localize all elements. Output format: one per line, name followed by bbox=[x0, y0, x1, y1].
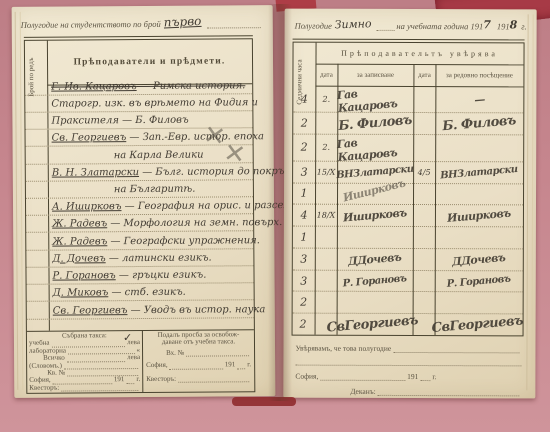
lecturer-name: Св. Георгиевъ bbox=[53, 305, 128, 317]
date-column-header: дата bbox=[413, 64, 435, 86]
semester-label: Полугодие bbox=[295, 21, 332, 31]
lecturer-certifies-header: Прѣподавательтъ увѣрява bbox=[315, 43, 523, 66]
fees-column-divider bbox=[142, 330, 143, 392]
questor-label: Квесторъ: bbox=[146, 375, 176, 383]
subjects-table: Брой по редъ Прѣподаватели и прѣдмети. Г… bbox=[24, 38, 255, 394]
enrollment-signature: Иширковъ bbox=[337, 209, 413, 222]
subject-entry: Р. Горановъ — гръцки езикъ. bbox=[26, 266, 253, 285]
subject-entry: Д. Дочевъ — латински езикъ. bbox=[26, 249, 253, 268]
weekly-hours-cell: 3 bbox=[293, 252, 315, 265]
subject-text: на Карла Велики bbox=[114, 150, 204, 162]
weekly-hours-cell: 2 bbox=[293, 296, 315, 309]
red-spine-bottom-mark bbox=[232, 397, 296, 406]
subject-entry: Ж. Радевъ — Географски упражнения. bbox=[26, 232, 253, 251]
weekly-hours-cell: 3 bbox=[293, 165, 315, 178]
weekly-hours-cell: 2 bbox=[293, 116, 315, 129]
entry-no-label: Вх. № bbox=[166, 350, 184, 358]
subject-text: — Морфология на земн. повърх. bbox=[107, 217, 282, 229]
subject-entry: Д. Миковъ — стб. езикъ. bbox=[27, 283, 254, 302]
attendance-row: 3Р. ГорановъР. Горановъ bbox=[293, 270, 523, 293]
dotted-fill bbox=[186, 346, 249, 356]
dotted-fill bbox=[377, 21, 395, 31]
dotted-fill bbox=[237, 359, 245, 369]
semester-count-label: Полугодие на студентството по брой bbox=[21, 19, 161, 30]
subject-text: — Географски упражнения. bbox=[107, 235, 260, 247]
year-prefix: 191 bbox=[407, 372, 418, 381]
lecturer-name: Ж. Радевъ bbox=[52, 236, 107, 247]
enrollment-signature: Иширковъ bbox=[337, 187, 413, 200]
dean-label: Деканъ: bbox=[350, 387, 375, 396]
attendance-column-header: за редовно посѣщение bbox=[435, 64, 523, 86]
subject-entry: на Българитѣ. bbox=[26, 180, 253, 199]
weekly-hours-cell: 1 bbox=[293, 187, 315, 200]
checkmark-handwritten: ✓ bbox=[123, 331, 132, 344]
attendance-subheader: дата за записване дата за редовно посѣще… bbox=[315, 64, 523, 88]
subject-entry: Св. Георгиевъ — Уводъ въ истор. наука bbox=[27, 301, 254, 320]
attendance-row: 418/XИширковъИширковъ bbox=[293, 205, 523, 228]
enrollment-signature: Б. Филовъ bbox=[337, 116, 413, 131]
lecturer-name: Д. Дочевъ bbox=[52, 253, 105, 264]
attendance-rows: 42.Гав Кацаровъ— 2Б. ФиловъБ. Филовъ 22.… bbox=[293, 86, 524, 336]
subject-entry: Г. Ив. Кацаровъ — Римска история. bbox=[25, 77, 252, 96]
lecturer-name: Г. Ив. Кацаровъ bbox=[51, 81, 137, 93]
right-page-edge-stack bbox=[526, 14, 533, 390]
dotted-fill bbox=[178, 372, 249, 382]
semester-term-handwritten: Зимно bbox=[335, 17, 372, 31]
subject-text: — Уводъ въ истор. наука bbox=[127, 304, 265, 316]
subject-text: — гръцки езикъ. bbox=[116, 270, 207, 282]
attendance-row: 1Иширковъ bbox=[293, 183, 523, 206]
attendance-table: Седмични часа Прѣподавательтъ увѣрява да… bbox=[292, 42, 525, 337]
academic-year-label-2: 191 bbox=[497, 21, 510, 31]
left-page: Полугодие на студентството по брой първо… bbox=[12, 5, 276, 398]
subject-entry: В. Н. Златарски — Бълг. история до покръ… bbox=[26, 163, 253, 182]
enrollment-signature: Р. Горановъ bbox=[337, 275, 413, 286]
attendance-row: 3ДДочевъДДочевъ bbox=[293, 248, 523, 271]
city-label: София, bbox=[295, 372, 318, 381]
subject-text: — стб. езикъ. bbox=[108, 287, 186, 299]
strike-cross-mark: ✕ bbox=[222, 138, 248, 171]
attendance-signature: СвГеоргиевъ bbox=[431, 317, 522, 332]
dotted-fill bbox=[378, 386, 520, 396]
attendance-row: 1 bbox=[293, 227, 523, 250]
attendance-row: 2 bbox=[293, 292, 523, 315]
dotted-fill bbox=[206, 18, 261, 28]
dotted-fill bbox=[420, 371, 430, 381]
date-column-header: дата bbox=[315, 64, 337, 86]
certification-block: Увѣрявамъ, че това полугодие София,191г.… bbox=[295, 340, 521, 397]
year-suffix: г. bbox=[521, 21, 526, 31]
subject-text: — Римска история. bbox=[137, 80, 246, 92]
left-page-header: Полугодие на студентството по брой първо bbox=[21, 14, 263, 30]
attendance-signature: ВНЗлатарски bbox=[435, 167, 523, 178]
enrollment-signature: СвГеоргиевъ bbox=[334, 317, 410, 332]
lecturer-name: А. Иширковъ bbox=[52, 201, 122, 212]
weekly-hours-cell: 2 bbox=[293, 141, 315, 154]
year-digit-handwritten: 7 bbox=[483, 18, 491, 31]
attendance-row: 22.Гав Кацаровъ bbox=[293, 134, 523, 162]
right-page-header: Полугодие Зимно на учебната година 191 7… bbox=[295, 18, 527, 32]
date-cell: 18/X bbox=[315, 211, 337, 220]
subject-entry: Старогр. изк. въ врѣмето на Фидия и bbox=[25, 94, 252, 113]
attendance-signature: ДДочевъ bbox=[435, 253, 523, 266]
year-suffix: г. bbox=[432, 372, 436, 381]
dotted-fill bbox=[320, 371, 405, 381]
attendance-signature: Б. Филовъ bbox=[435, 116, 523, 131]
lecturer-name: Ж. Радевъ bbox=[52, 218, 107, 229]
subject-text: Старогр. изк. въ врѣмето на Фидия и bbox=[51, 97, 258, 109]
attendance-row: 2СвГеоргиевъСвГеоргиевъ bbox=[293, 314, 523, 336]
subject-entry: Ж. Радевъ — Морфология на земн. повърх. bbox=[26, 214, 253, 233]
dotted-fill bbox=[61, 381, 138, 392]
weekly-hours-cell: 2 bbox=[293, 318, 314, 331]
attendance-row: 315/XВНЗлатарски4/5ВНЗлатарски bbox=[293, 161, 523, 184]
dotted-fill bbox=[393, 343, 519, 353]
right-page: Полугодие Зимно на учебната година 191 7… bbox=[283, 9, 536, 399]
lecturer-name: Св. Георгиевъ bbox=[52, 132, 127, 144]
year-digit-handwritten: 8 bbox=[510, 18, 518, 31]
subject-text: Праксителя — Б. Филовъ bbox=[51, 115, 188, 127]
weekly-hours-cell: 3 bbox=[293, 274, 315, 287]
academic-year-label: на учебната година 191 bbox=[396, 21, 483, 31]
weekly-hours-cell: 4 bbox=[293, 92, 315, 105]
weekly-hours-cell: 4 bbox=[293, 209, 315, 222]
dotted-fill bbox=[295, 356, 521, 367]
date-cell: 4/5 bbox=[413, 168, 435, 177]
year-suffix: г. bbox=[247, 361, 251, 368]
questor-label: Квесторъ: bbox=[29, 384, 59, 392]
date-cell: 15/X bbox=[315, 167, 337, 176]
subject-entry: А. Иширковъ — География на орис. и разсе… bbox=[26, 197, 253, 216]
lecturer-name: В. Н. Златарски bbox=[52, 167, 139, 179]
student-record-book-spread: Полугодие на студентството по брой първо… bbox=[0, 0, 550, 432]
subject-text: — Бълг. история до покръщ. bbox=[139, 166, 298, 178]
semester-count-handwritten: първо bbox=[163, 14, 201, 30]
year-prefix: 191 bbox=[225, 362, 236, 369]
date-cell: 2. bbox=[315, 94, 337, 103]
fees-exemption-block: Подалъ просба за освобож- даване отъ уче… bbox=[146, 331, 251, 383]
city-label: София, bbox=[146, 362, 167, 370]
attendance-signature: Р. Горановъ bbox=[435, 276, 523, 287]
date-cell: 2. bbox=[315, 143, 337, 152]
dotted-fill bbox=[170, 359, 223, 369]
lecturer-name: Р. Горановъ bbox=[52, 270, 115, 281]
attendance-signature: — bbox=[435, 93, 523, 106]
weekly-hours-cell: 1 bbox=[293, 231, 315, 244]
subject-text: — латински езикъ. bbox=[106, 253, 212, 265]
attendance-row: 42.Гав Кацаровъ— bbox=[293, 86, 523, 114]
left-page-edge-stack bbox=[15, 12, 24, 390]
enrollment-signature: Гав Кацаровъ bbox=[337, 86, 413, 112]
subject-text: на Българитѣ. bbox=[114, 184, 196, 196]
certify-line-label: Увѣрявамъ, че това полугодие bbox=[295, 344, 391, 353]
enrollment-signature: Гав Кацаровъ bbox=[337, 135, 413, 161]
enrollment-signature: ДДочевъ bbox=[337, 253, 413, 266]
attendance-signature: Иширковъ bbox=[435, 209, 523, 222]
lecturer-name: Д. Миковъ bbox=[53, 287, 109, 298]
